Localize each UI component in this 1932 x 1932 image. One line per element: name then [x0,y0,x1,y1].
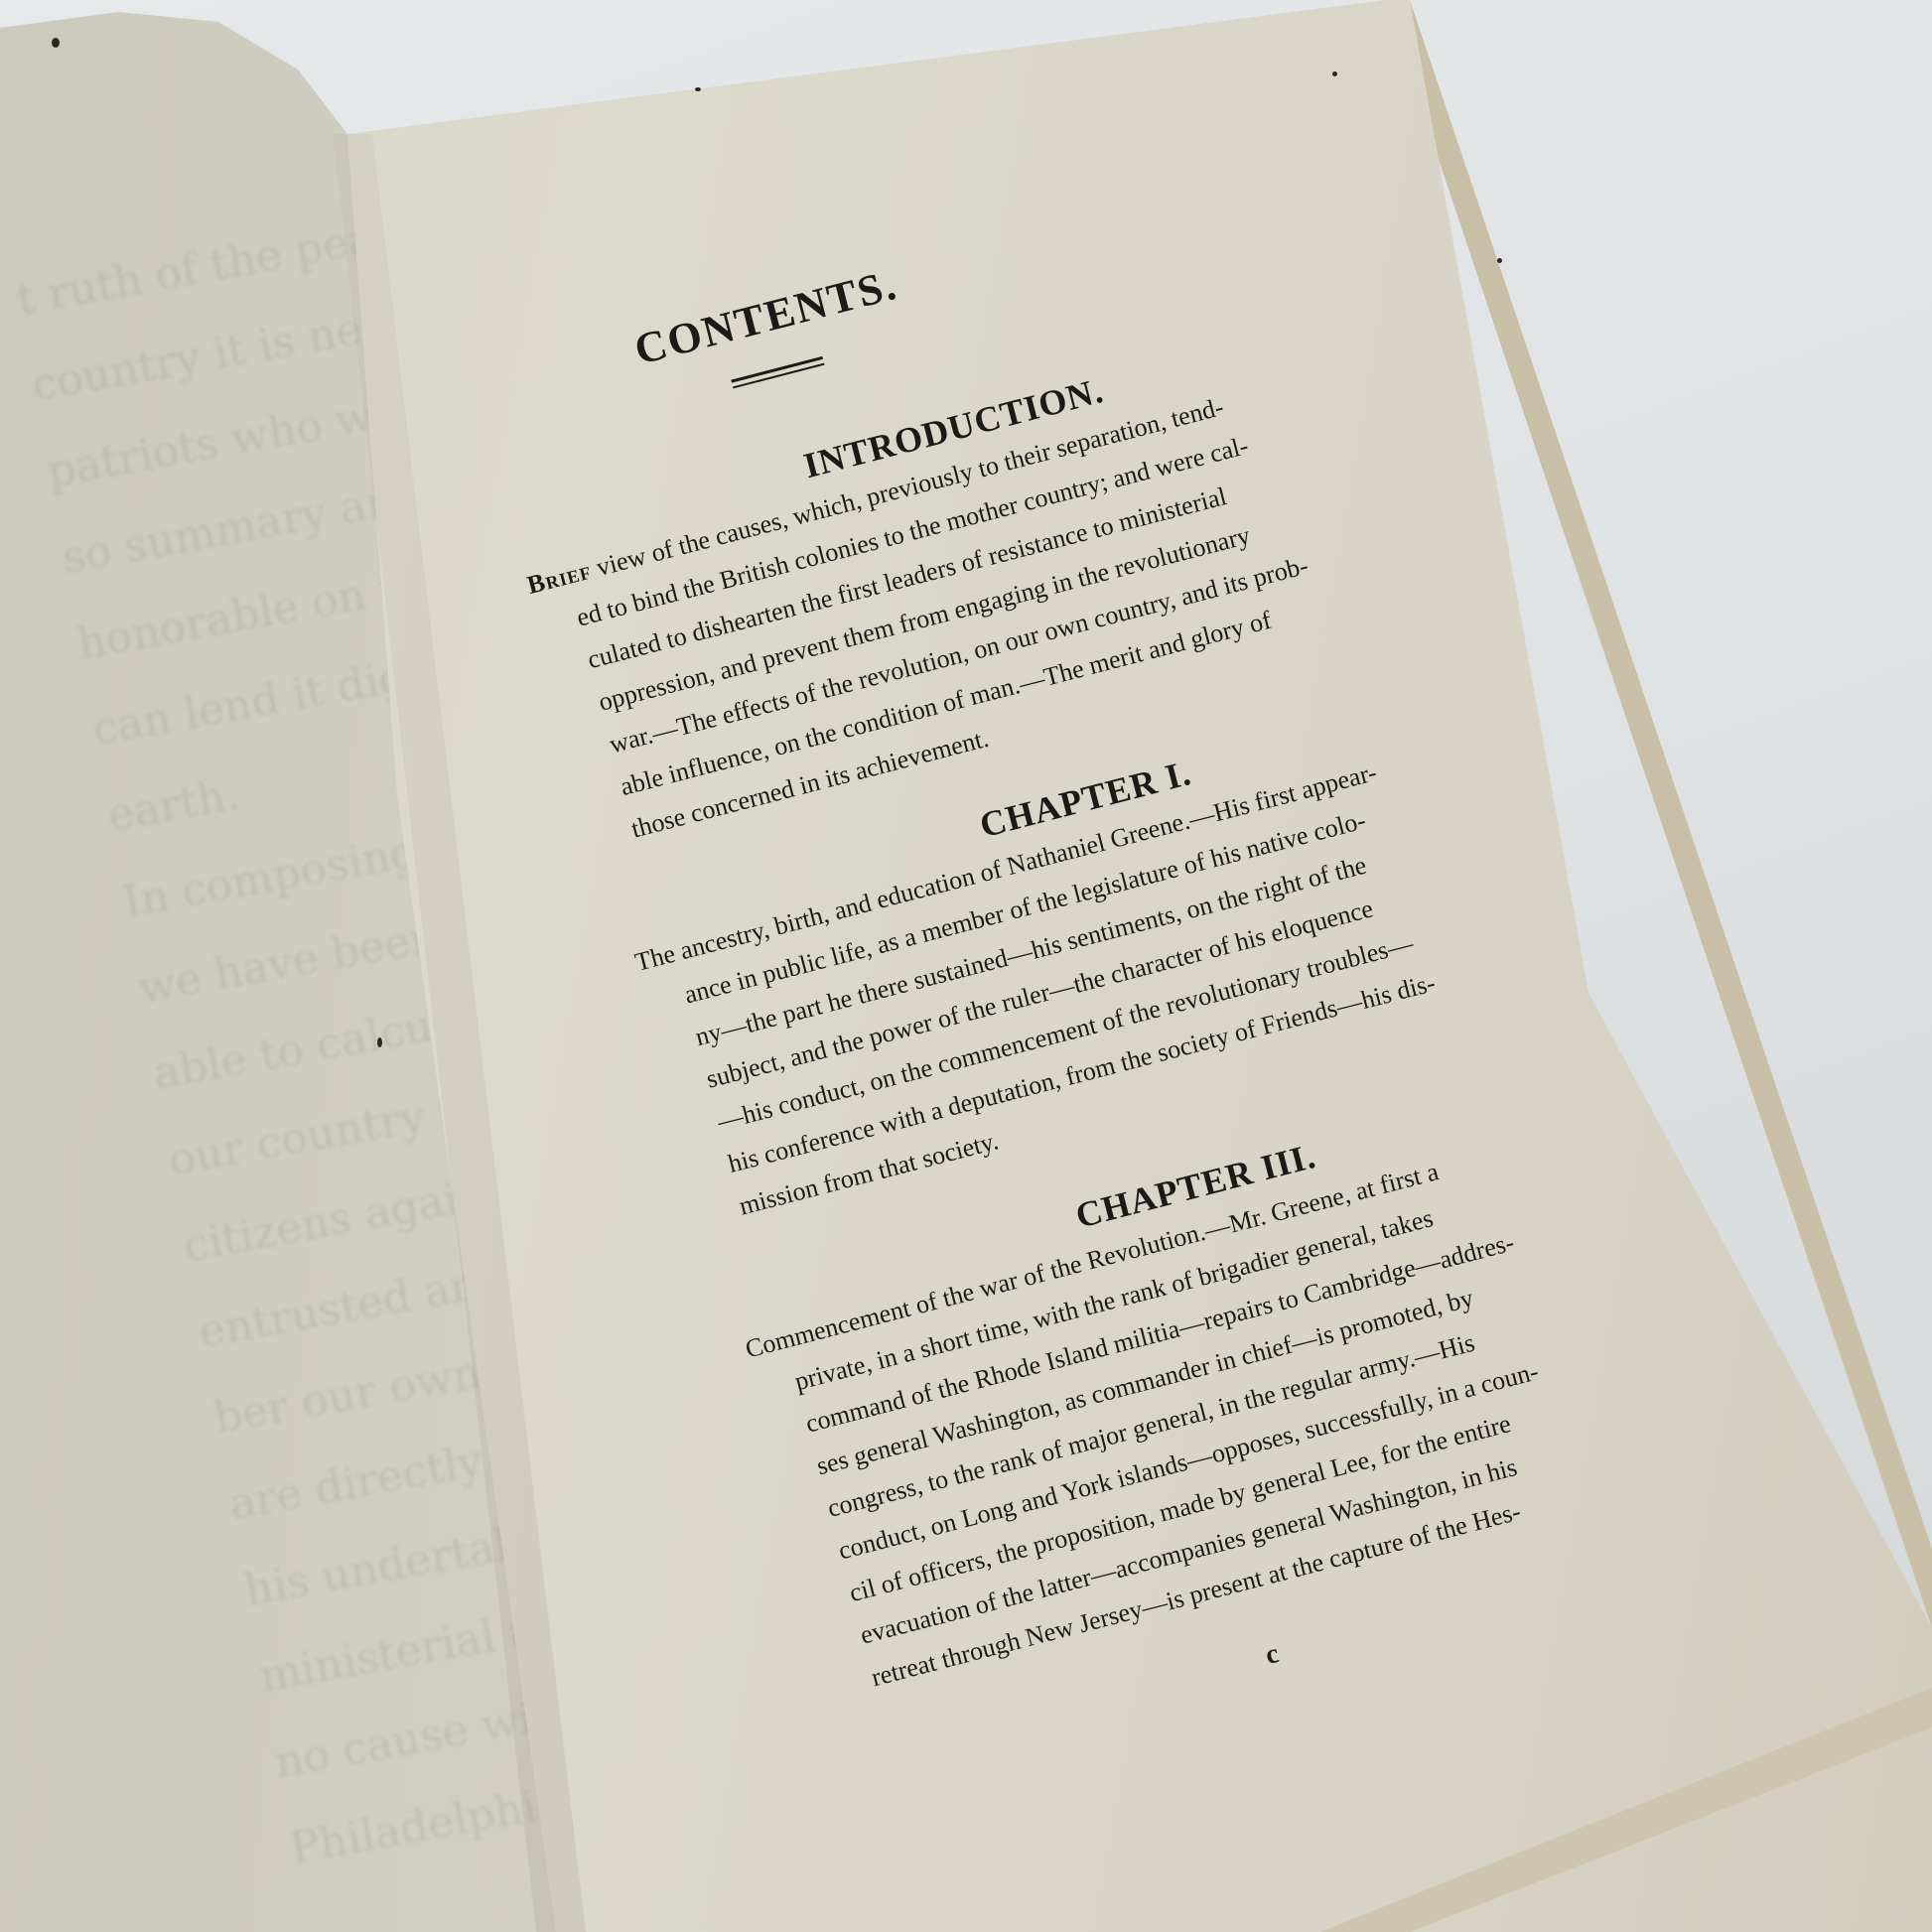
speck [1332,71,1337,76]
speck [1497,258,1502,263]
speck [695,87,701,91]
speck [377,1037,382,1047]
lead-word: Brief [524,556,595,600]
photo-scene: t ruth of the peace country it is neces … [0,0,1932,1932]
speck [52,38,60,48]
